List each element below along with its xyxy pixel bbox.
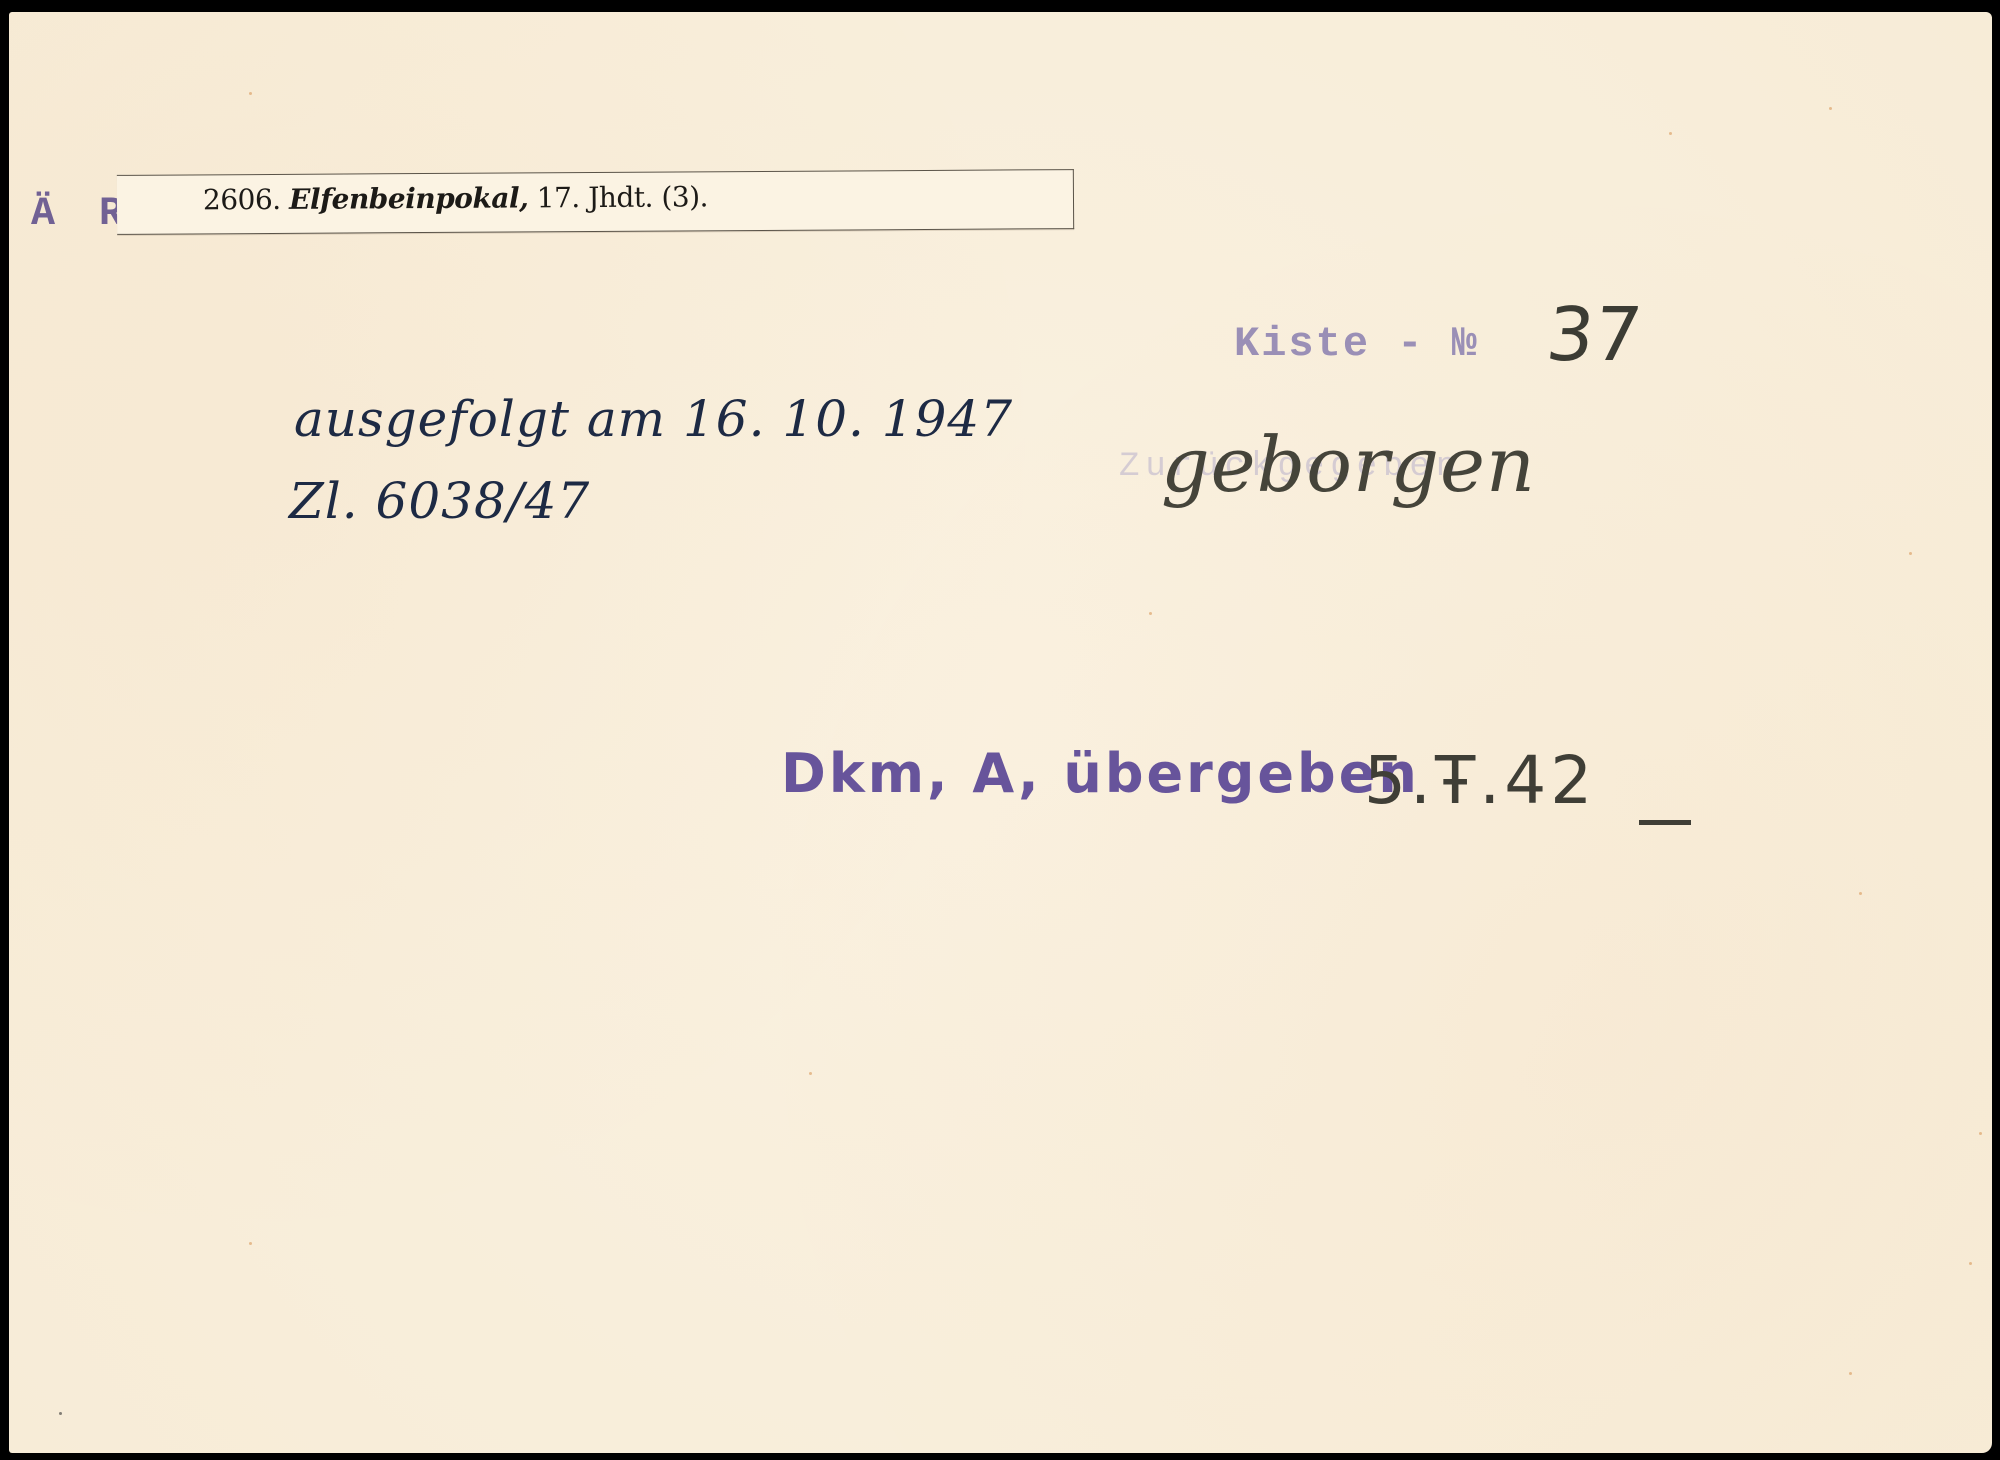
paper-speck: [1669, 132, 1672, 135]
paper-speck: [249, 1242, 252, 1245]
date-underline: [1639, 820, 1691, 825]
transfer-stamp: Dkm, A, übergeben: [781, 742, 1420, 805]
box-number-stamp: Kiste - №: [1234, 320, 1479, 368]
paper-speck: [249, 92, 252, 95]
index-card: Ä R 2606. Elfenbeinpokal, 17. Jhdt. (3).…: [9, 12, 1992, 1453]
paper-speck: [59, 1412, 62, 1415]
object-title: Elfenbeinpokal,: [289, 181, 528, 215]
paper-speck: [1829, 107, 1832, 110]
box-number-handwritten: 37: [1542, 292, 1645, 378]
label-strip-text: 2606. Elfenbeinpokal, 17. Jhdt. (3).: [203, 180, 708, 216]
handwritten-file-number: Zl. 6038/47: [289, 472, 590, 530]
paper-speck: [1849, 1372, 1852, 1375]
paper-speck: [1909, 552, 1912, 555]
handwritten-release-note: ausgefolgt am 16. 10. 1947: [294, 390, 1013, 448]
label-strip: 2606. Elfenbeinpokal, 17. Jhdt. (3).: [117, 169, 1074, 235]
century: 17. Jhdt.: [537, 181, 653, 215]
paper-speck: [809, 1072, 812, 1075]
paper-speck: [1979, 1132, 1982, 1135]
item-count: (3).: [661, 180, 708, 213]
handwritten-status: geborgen: [1161, 420, 1536, 509]
paper-speck: [1149, 612, 1152, 615]
paper-speck: [1969, 1262, 1972, 1265]
handwritten-transfer-date: 5.Ŧ.42: [1364, 742, 1596, 819]
catalog-number: 2606.: [203, 183, 281, 216]
paper-speck: [1859, 892, 1862, 895]
